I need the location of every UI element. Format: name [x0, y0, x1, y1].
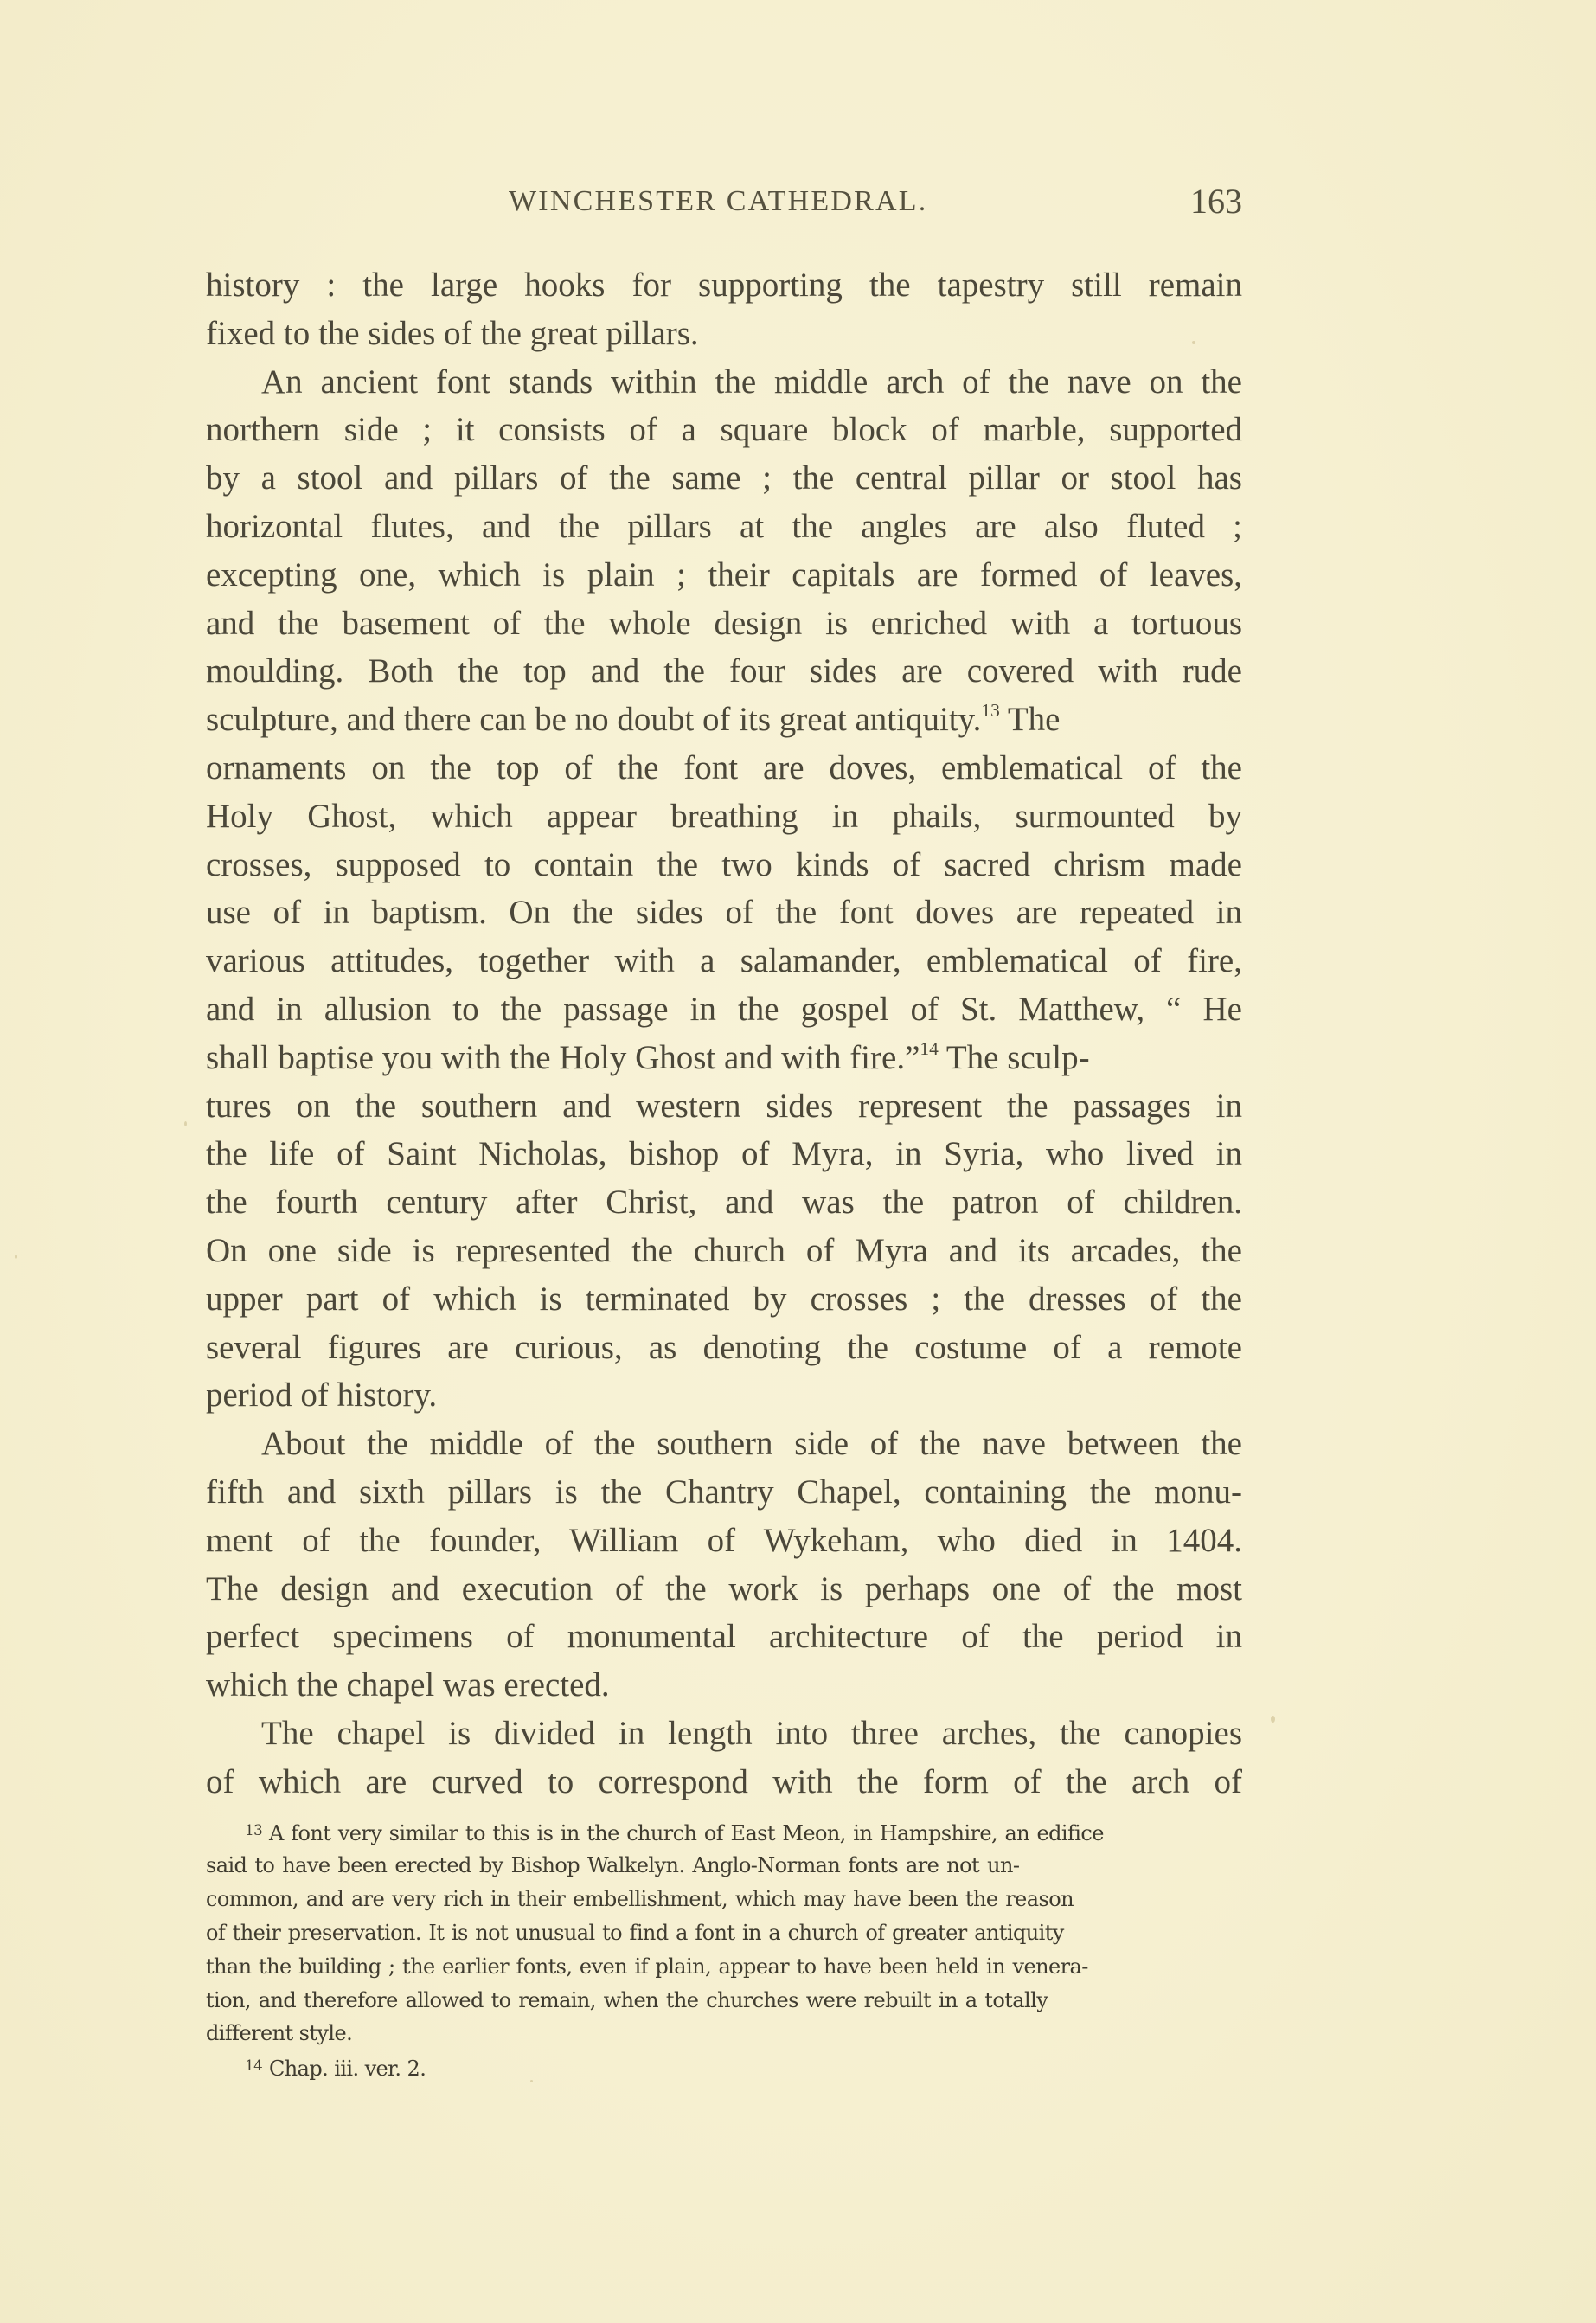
body-line-text: several figures are curious, as denoting… — [206, 1329, 1242, 1366]
body-line-text: An ancient font stands within the middle… — [261, 363, 1242, 401]
body-line: horizontal flutes, and the pillars at th… — [206, 503, 1242, 551]
body-line-text: crosses, supposed to contain the two kin… — [206, 846, 1242, 883]
footnote-text: Chap. iii. ver. 2. — [269, 2056, 426, 2081]
body-line-text: the fourth century after Christ, and was… — [206, 1184, 1242, 1221]
body-line: and the basement of the whole design is … — [206, 600, 1242, 648]
body-line: the life of Saint Nicholas, bishop of My… — [206, 1130, 1242, 1178]
paper-speck — [184, 1121, 187, 1126]
body-line-text: history : the large hooks for supporting… — [206, 266, 1242, 304]
body-line-text: period of history. — [206, 1376, 437, 1414]
body-line: sculpture, and there can be no doubt of … — [206, 696, 1242, 744]
footnote-line: different style. — [206, 2016, 1221, 2050]
body-line: On one side is represented the church of… — [206, 1227, 1242, 1275]
paper-speck — [1271, 1716, 1275, 1723]
body-line-text: The chapel is divided in length into thr… — [261, 1715, 1242, 1752]
footnote-line: than the building ; the earlier fonts, e… — [206, 1949, 1221, 1983]
body-line: history : the large hooks for supporting… — [206, 261, 1242, 310]
footnote-reference[interactable]: 14 — [920, 1038, 938, 1059]
body-line: shall baptise you with the Holy Ghost an… — [206, 1034, 1242, 1082]
body-line: The chapel is divided in length into thr… — [206, 1710, 1242, 1758]
footnote-text: of their preservation. It is not unusual… — [206, 1920, 1064, 1945]
footnote-text: different style. — [206, 2020, 352, 2045]
footnote-text: A font very similar to this is in the ch… — [269, 1820, 1104, 1845]
body-line-text: excepting one, which is plain ; their ca… — [206, 556, 1242, 594]
body-line-text: the life of Saint Nicholas, bishop of My… — [206, 1135, 1242, 1172]
footnote-line: tion, and therefore allowed to remain, w… — [206, 1983, 1221, 2017]
body-line: Holy Ghost, which appear breathing in ph… — [206, 793, 1242, 841]
page-number: 163 — [1190, 181, 1242, 221]
body-line: ment of the founder, William of Wykeham,… — [206, 1517, 1242, 1565]
body-line-text: fifth and sixth pillars is the Chantry C… — [206, 1473, 1242, 1511]
footnote-line: 13A font very similar to this is in the … — [206, 1814, 1221, 1848]
body-line-text: shall baptise you with the Holy Ghost an… — [206, 1039, 920, 1076]
body-line-text: The design and execution of the work is … — [206, 1570, 1242, 1607]
body-line: moulding. Both the top and the four side… — [206, 647, 1242, 696]
body-line: use of in baptism. On the sides of the f… — [206, 889, 1242, 937]
footnote-text: than the building ; the earlier fonts, e… — [206, 1954, 1088, 1979]
body-line-text: horizontal flutes, and the pillars at th… — [206, 508, 1242, 545]
body-line-text: use of in baptism. On the sides of the f… — [206, 894, 1242, 931]
body-line-text: which the chapel was erected. — [206, 1666, 610, 1704]
body-line-text: About the middle of the southern side of… — [261, 1425, 1242, 1462]
body-line-text: northern side ; it consists of a square … — [206, 411, 1242, 448]
body-line-text: sculpture, and there can be no doubt of … — [206, 701, 981, 738]
body-line: upper part of which is terminated by cro… — [206, 1275, 1242, 1324]
body-line-text: and in allusion to the passage in the go… — [206, 991, 1242, 1028]
footnote-reference[interactable]: 13 — [981, 700, 999, 721]
body-line-text: tures on the southern and western sides … — [206, 1088, 1242, 1125]
book-page: WINCHESTER CATHEDRAL. 163 history : the … — [0, 0, 1596, 2323]
paper-speck — [15, 1255, 17, 1259]
body-line: and in allusion to the passage in the go… — [206, 985, 1242, 1034]
body-line: ornaments on the top of the font are dov… — [206, 744, 1242, 793]
body-line: About the middle of the southern side of… — [206, 1420, 1242, 1468]
footnote-line: 14Chap. iii. ver. 2. — [206, 2050, 1221, 2083]
footnote-line: common, and are very rich in their embel… — [206, 1882, 1221, 1916]
body-line: the fourth century after Christ, and was… — [206, 1178, 1242, 1227]
paper-speck — [530, 2080, 533, 2082]
body-line-text-after: The — [1000, 701, 1061, 738]
body-line: various attitudes, together with a salam… — [206, 937, 1242, 985]
body-line-text: various attitudes, together with a salam… — [206, 942, 1242, 979]
footnote-number: 14 — [245, 2057, 262, 2075]
body-line: crosses, supposed to contain the two kin… — [206, 841, 1242, 889]
body-line: of which are curved to correspond with t… — [206, 1758, 1242, 1806]
body-line-text: by a stool and pillars of the same ; the… — [206, 459, 1242, 497]
body-line: period of history. — [206, 1371, 1242, 1420]
body-line-text: Holy Ghost, which appear breathing in ph… — [206, 798, 1242, 835]
body-line: The design and execution of the work is … — [206, 1565, 1242, 1614]
body-line: An ancient font stands within the middle… — [206, 358, 1242, 407]
body-line-text: fixed to the sides of the great pillars. — [206, 315, 699, 352]
body-line-text-after: The sculp- — [939, 1039, 1090, 1076]
body-line-text: ment of the founder, William of Wykeham,… — [206, 1522, 1242, 1559]
running-head: WINCHESTER CATHEDRAL. — [509, 185, 927, 218]
body-line-text: upper part of which is terminated by cro… — [206, 1280, 1242, 1318]
footnote-line: said to have been erected by Bishop Walk… — [206, 1848, 1221, 1882]
body-line: fifth and sixth pillars is the Chantry C… — [206, 1468, 1242, 1517]
body-line: several figures are curious, as denoting… — [206, 1324, 1242, 1372]
body-line-text: moulding. Both the top and the four side… — [206, 652, 1242, 690]
body-line: which the chapel was erected. — [206, 1661, 1242, 1710]
footnote-text: tion, and therefore allowed to remain, w… — [206, 1987, 1048, 2012]
body-line: excepting one, which is plain ; their ca… — [206, 551, 1242, 600]
body-line-text: perfect specimens of monumental architec… — [206, 1618, 1242, 1655]
paper-speck — [1192, 341, 1195, 344]
body-line: fixed to the sides of the great pillars. — [206, 310, 1242, 358]
body-line-text: of which are curved to correspond with t… — [206, 1763, 1242, 1800]
body-line: northern side ; it consists of a square … — [206, 406, 1242, 454]
body-line: perfect specimens of monumental architec… — [206, 1613, 1242, 1661]
footnote-text: said to have been erected by Bishop Walk… — [206, 1852, 1019, 1877]
body-line: tures on the southern and western sides … — [206, 1082, 1242, 1131]
footnote-line: of their preservation. It is not unusual… — [206, 1916, 1221, 1949]
body-line-text: On one side is represented the church of… — [206, 1232, 1242, 1269]
body-line-text: ornaments on the top of the font are dov… — [206, 749, 1242, 786]
body-line-text: and the basement of the whole design is … — [206, 605, 1242, 642]
footnote-text: common, and are very rich in their embel… — [206, 1886, 1074, 1911]
body-line: by a stool and pillars of the same ; the… — [206, 454, 1242, 503]
footnote-number: 13 — [245, 1822, 262, 1839]
